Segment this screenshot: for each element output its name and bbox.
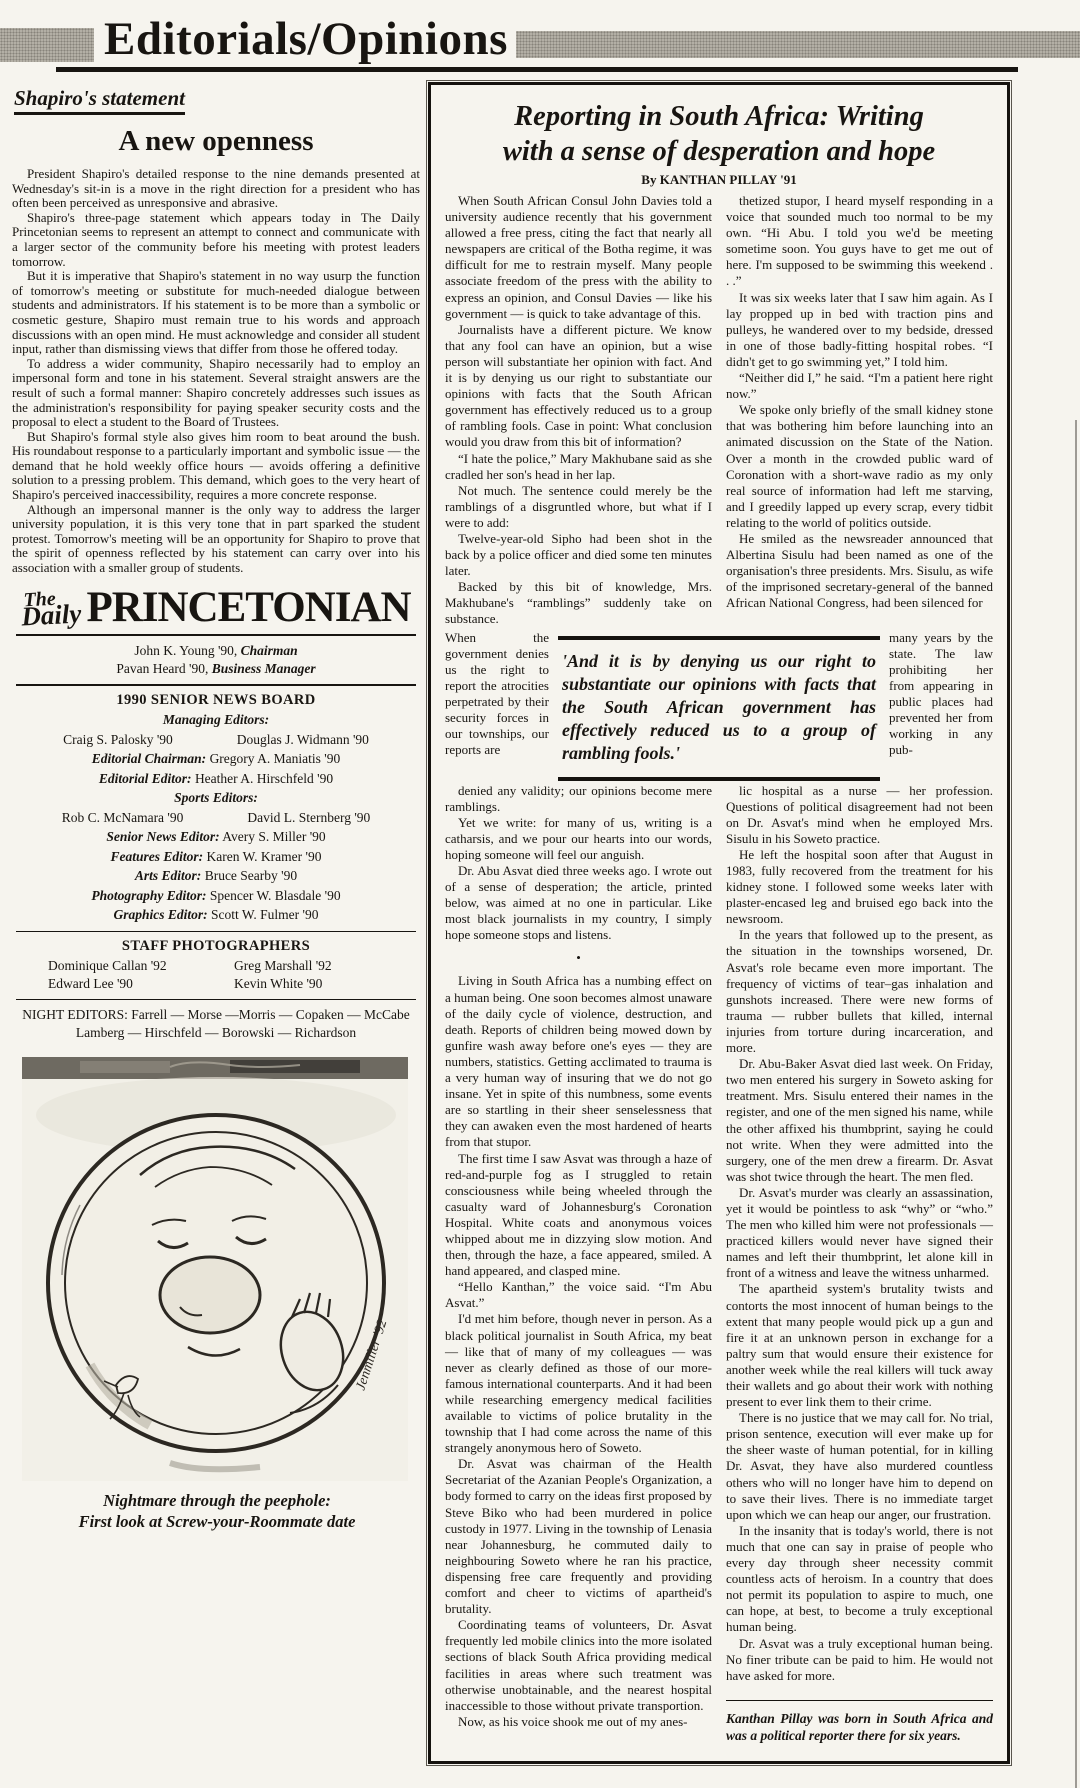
article-paragraph: “Neither did I,” he said. “I'm a patient… [726,370,993,402]
board-member: David L. Sternberg '90 [247,808,370,828]
board-name-pair: Rob C. McNamara '90David L. Sternberg '9… [12,808,420,828]
article-paragraph: “I hate the police,” Mary Makhubane said… [445,451,712,483]
article-paragraph: “Hello Kanthan,” the voice said. “I'm Ab… [445,1279,712,1311]
article-paragraph: Dr. Asvat was chairman of the Health Sec… [445,1456,712,1617]
editorial-body: President Shapiro's detailed response to… [12,167,420,576]
board-member: Douglas J. Widmann '90 [237,730,369,750]
article-paragraph: Not much. The sentence could merely be t… [445,483,712,531]
article-paragraph: In the years that followed up to the pre… [726,927,993,1056]
cartoon-caption: Nightmare through the peephole: First lo… [20,1490,414,1532]
article-paragraph: When South African Consul John Davies to… [445,193,712,322]
article-col1-bottom: denied any validity; our opinions become… [445,783,712,1745]
pull-quote: 'And it is by denying us our right to su… [558,636,880,781]
article-col2-bottom: lic hospital as a nurse — her profession… [726,783,993,1745]
article-paragraph: We spoke only briefly of the small kidne… [726,402,993,531]
logo-the-daily: The Daily [21,591,83,628]
board-row: Managing Editors: [12,710,420,730]
article-columns-bottom: denied any validity; our opinions become… [445,783,993,1745]
banner-halftone-right [516,31,1080,58]
author-bio: Kanthan Pillay was born in South Africa … [726,1700,993,1745]
editorial-paragraph: To address a wider community, Shapiro ne… [12,357,420,430]
night-editors-line1: NIGHT EDITORS: Farrell — Morse —Morris —… [12,1006,420,1025]
senior-board-list: Managing Editors:Craig S. Palosky '90Dou… [12,710,420,925]
article-paragraph: thetized stupor, I heard myself respondi… [726,193,993,290]
scan-edge-line [1075,420,1077,1788]
senior-board-heading: 1990 SENIOR NEWS BOARD [12,692,420,709]
photographers-heading: STAFF PHOTOGRAPHERS [12,938,420,955]
masthead: The Daily PRINCETONIAN John K. Young '90… [12,590,420,1043]
editorial-paragraph: President Shapiro's detailed response to… [12,167,420,211]
article-paragraph: The apartheid system's brutality twists … [726,1281,993,1410]
board-row: Senior News Editor: Avery S. Miller '90 [12,827,420,847]
editorial-cartoon: Jenmiller '92 Nightmare through the peep… [20,1055,414,1532]
section-title: Editorials/Opinions [94,16,516,63]
article-paragraph: Dr. Asvat's murder was clearly an assass… [726,1185,993,1282]
photographer-name: Kevin White '90 [234,975,384,993]
article-paragraph: Journalists have a different picture. We… [445,322,712,451]
newspaper-page: Editorials/Opinions Shapiro's statement … [0,0,1080,1788]
board-member: Rob C. McNamara '90 [62,808,184,828]
princetonian-logo: The Daily PRINCETONIAN [12,590,420,627]
article-paragraph: Dr. Asvat was a truly exceptional human … [726,1636,993,1684]
masthead-rule [16,931,416,932]
article-paragraph: Backed by this bit of knowledge, Mrs. Ma… [445,579,712,627]
article-paragraph: He left the hospital soon after that Aug… [726,847,993,927]
section-banner: Editorials/Opinions [0,12,1080,66]
peephole-cartoon-drawing: Jenmiller '92 [20,1055,412,1483]
cartoon-caption-line2: First look at Screw-your-Roommate date [20,1511,414,1532]
editorial-title: A new openness [12,125,420,158]
editorial-paragraph: But Shapiro's formal style also gives hi… [12,430,420,503]
article-title: Reporting in South Africa: Writing with … [445,99,993,169]
article-title-line2: with a sense of desperation and hope [503,136,935,167]
article-col1-top: When South African Consul John Davies to… [445,193,712,628]
editorial-kicker: Shapiro's statement [14,86,185,115]
masthead-rule [16,684,416,686]
article-col2-rest: lic hospital as a nurse — her profession… [726,783,993,1684]
pull-quote-band: When the government denies us the right … [445,630,993,781]
article-paragraph: I'd met him before, though never in pers… [445,1311,712,1456]
masthead-rule [16,634,416,636]
article-paragraph: The first time I saw Asvat was through a… [445,1151,712,1280]
article-paragraph: He smiled as the newsreader announced th… [726,531,993,611]
photographers-list: Dominique Callan '92Greg Marshall '92Edw… [48,957,384,993]
article-paragraph: Dr. Abu-Baker Asvat died last week. On F… [726,1056,993,1185]
article-paragraph: Yet we write: for many of us, writing is… [445,815,712,863]
board-member: Craig S. Palosky '90 [63,730,173,750]
section-break-bullet: • [445,950,712,966]
article-title-line1: Reporting in South Africa: Writing [514,101,924,132]
article-byline: By KANTHAN PILLAY '91 [445,172,993,188]
board-name-pair: Craig S. Palosky '90Douglas J. Widmann '… [12,730,420,750]
board-row: Graphics Editor: Scott W. Fulmer '90 [12,905,420,925]
article-paragraph: Dr. Abu Asvat died three weeks ago. I wr… [445,863,712,943]
editorial-paragraph: But it is imperative that Shapiro's stat… [12,269,420,357]
board-row: Editorial Chairman: Gregory A. Maniatis … [12,749,420,769]
right-column: Reporting in South Africa: Writing with … [428,82,1010,1764]
editorial-paragraph: Shapiro's three-page statement which app… [12,211,420,269]
logo-name: PRINCETONIAN [86,590,410,627]
article-paragraph: Coordinating teams of volunteers, Dr. As… [445,1617,712,1714]
article-paragraph: denied any validity; our opinions become… [445,783,712,815]
editorial-paragraph: Although an impersonal manner is the onl… [12,503,420,576]
article-paragraph: lic hospital as a nurse — her profession… [726,783,993,847]
article-columns-top: When South African Consul John Davies to… [445,193,993,628]
article-paragraph: There is no justice that we may call for… [726,1410,993,1523]
cartoon-caption-line1: Nightmare through the peephole: [20,1490,414,1511]
banner-halftone-left [0,28,94,62]
opinion-article: Reporting in South Africa: Writing with … [428,82,1010,1764]
article-paragraph: Now, as his voice shook me out of my ane… [445,1714,712,1730]
masthead-officer: Pavan Heard '90, Business Manager [12,660,420,678]
board-row: Photography Editor: Spencer W. Blasdale … [12,886,420,906]
board-row: Editorial Editor: Heather A. Hirschfeld … [12,769,420,789]
photographer-name: Edward Lee '90 [48,975,198,993]
photographer-name: Dominique Callan '92 [48,957,198,975]
board-row: Arts Editor: Bruce Searby '90 [12,866,420,886]
page-body: Shapiro's statement A new openness Presi… [0,72,1080,1764]
article-col1-rest: Living in South Africa has a numbing eff… [445,973,712,1729]
photographer-name: Greg Marshall '92 [234,957,384,975]
article-paragraph: Living in South Africa has a numbing eff… [445,973,712,1150]
wrap-text-right: many years by the state. The law prohibi… [889,630,993,759]
article-paragraph: It was six weeks later that I saw him ag… [726,290,993,370]
article-paragraph: In the insanity that is today's world, t… [726,1523,993,1636]
left-column: Shapiro's statement A new openness Presi… [12,82,420,1532]
wrap-text-left: When the government denies us the right … [445,630,549,759]
night-editors-line2: Lamberg — Hirschfeld — Borowski — Richar… [12,1024,420,1043]
board-row: Sports Editors: [12,788,420,808]
article-col2-top: thetized stupor, I heard myself respondi… [726,193,993,628]
masthead-rule [16,999,416,1000]
masthead-officer: John K. Young '90, Chairman [12,642,420,660]
article-col1-mid: denied any validity; our opinions become… [445,783,712,944]
board-row: Features Editor: Karen W. Kramer '90 [12,847,420,867]
article-paragraph: Twelve-year-old Sipho had been shot in t… [445,531,712,579]
logo-daily: Daily [21,599,82,632]
masthead-officers: John K. Young '90, ChairmanPavan Heard '… [12,642,420,678]
